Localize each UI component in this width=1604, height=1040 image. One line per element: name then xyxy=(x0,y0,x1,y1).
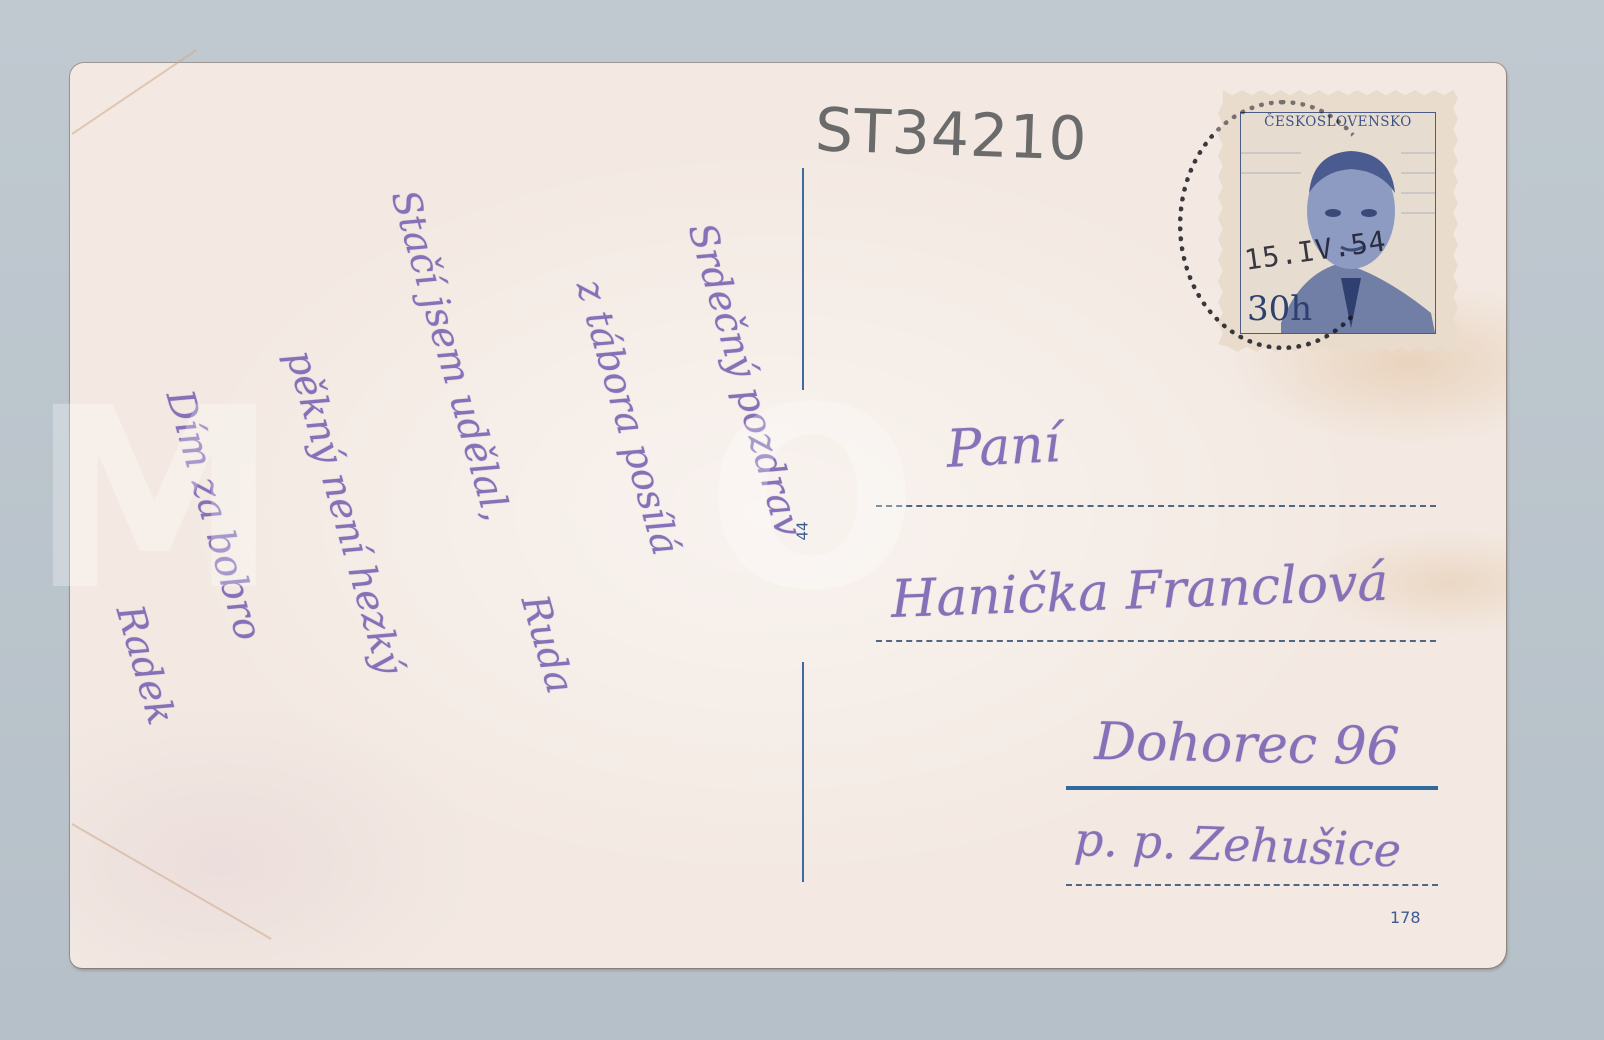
printed-number-corner: 178 xyxy=(1390,908,1421,927)
address-post: p. p. Zehušice xyxy=(1073,812,1402,877)
address-line-1 xyxy=(876,505,1436,507)
corner-crease xyxy=(72,823,272,940)
corner-crease xyxy=(71,49,196,135)
center-divider-top xyxy=(802,168,804,390)
address-line-4 xyxy=(1066,884,1438,886)
address-salutation: Paní xyxy=(945,414,1062,480)
reference-code: ST34210 xyxy=(814,95,1089,174)
center-divider-bottom xyxy=(802,662,804,882)
postmark-ring xyxy=(1178,100,1388,350)
address-line-2 xyxy=(876,640,1436,642)
address-street: Dohorec 96 xyxy=(1094,712,1400,777)
address-line-3 xyxy=(1066,786,1438,790)
